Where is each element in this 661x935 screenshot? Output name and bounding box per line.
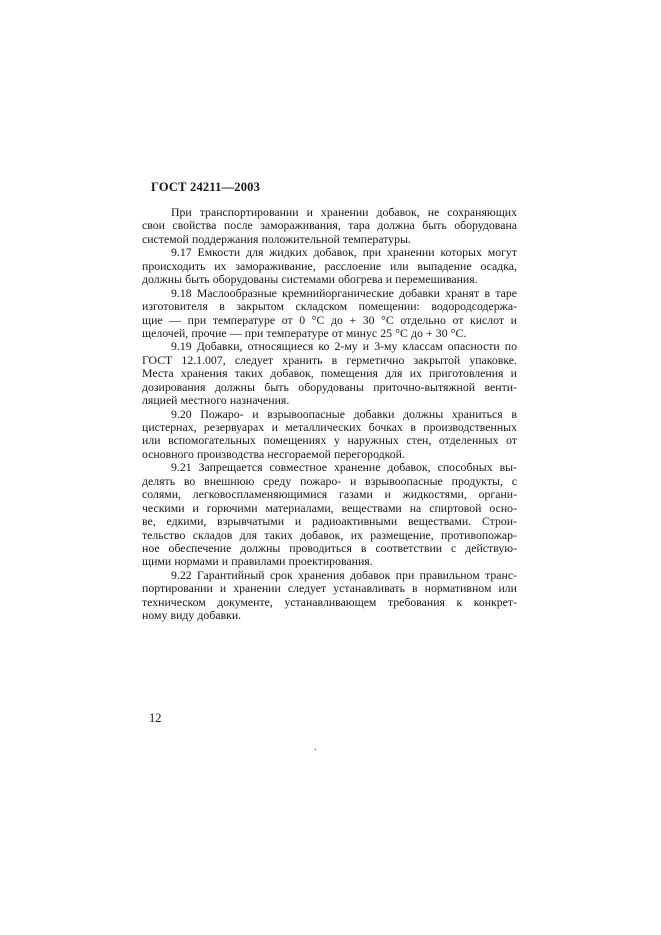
document-page: ГОСТ 24211—2003 При транспортировании и … [0, 0, 661, 935]
scan-artifact-dot: . [314, 742, 317, 753]
text-line: основного производства несгораемой перег… [142, 448, 517, 461]
text-line: 9.22 Гарантийный срок хранения добавок п… [142, 569, 517, 582]
text-line: щелочей, прочие — при температуре от мин… [142, 327, 517, 340]
text-line: солями, легковоспламеняющимися газами и … [142, 488, 517, 501]
running-header: ГОСТ 24211—2003 [151, 180, 260, 194]
paragraph: 9.18 Маслообразные кремнийорганические д… [142, 287, 517, 341]
paragraph: 9.21 Запрещается совместное хранение доб… [142, 461, 517, 569]
text-line: ве, едкими, взрывчатыми и радиоактивными… [142, 515, 517, 528]
text-line: техническом документе, устанавливающем т… [142, 596, 517, 609]
body-paragraphs: При транспортировании и хранении добавок… [142, 206, 517, 623]
paragraph: При транспортировании и хранении добавок… [142, 206, 517, 246]
text-line: ГОСТ 12.1.007, следует хранить в гермети… [142, 354, 517, 367]
text-line: ное обеспечение должны проводиться в соо… [142, 542, 517, 555]
text-line: портировании и хранении следует устанавл… [142, 582, 517, 595]
paragraph: 9.17 Емкости для жидких добавок, при хра… [142, 246, 517, 286]
text-line: 9.18 Маслообразные кремнийорганические д… [142, 287, 517, 300]
text-line: изготовителя в закрытом складском помеще… [142, 300, 517, 313]
text-line: должны быть оборудованы системами обогре… [142, 273, 517, 286]
text-line: 9.19 Добавки, относящиеся ко 2-му и 3-му… [142, 340, 517, 353]
text-line: свои свойства после замораживания, тара … [142, 219, 517, 232]
text-line: тельство складов для таких добавок, их р… [142, 529, 517, 542]
text-line: щие — при температуре от 0 °С до + 30 °С… [142, 314, 517, 327]
text-line: 9.17 Емкости для жидких добавок, при хра… [142, 246, 517, 259]
page-number: 12 [149, 711, 162, 725]
text-line: цистернах, резервуарах и металлических б… [142, 421, 517, 434]
text-line: Места хранения таких добавок, помещения … [142, 367, 517, 380]
text-line: или вспомогательных помещениях у наружны… [142, 434, 517, 447]
text-line: 9.21 Запрещается совместное хранение доб… [142, 461, 517, 474]
text-line: делять во внешнюю среду пожаро- и взрыво… [142, 475, 517, 488]
text-line: щими нормами и правилами проектирования. [142, 555, 517, 568]
paragraph: 9.20 Пожаро- и взрывоопасные добавки дол… [142, 408, 517, 462]
text-line: ному виду добавки. [142, 609, 517, 622]
text-line: 9.20 Пожаро- и взрывоопасные добавки дол… [142, 408, 517, 421]
text-line: системой поддержания положительной темпе… [142, 233, 517, 246]
text-line: При транспортировании и хранении добавок… [142, 206, 517, 219]
text-line: ляцией местного назначения. [142, 394, 517, 407]
paragraph: 9.22 Гарантийный срок хранения добавок п… [142, 569, 517, 623]
text-line: дозирования должны быть оборудованы прит… [142, 381, 517, 394]
paragraph: 9.19 Добавки, относящиеся ко 2-му и 3-му… [142, 340, 517, 407]
text-line: происходить их замораживание, расслоение… [142, 260, 517, 273]
text-line: ческими и горючими материалами, вещества… [142, 502, 517, 515]
